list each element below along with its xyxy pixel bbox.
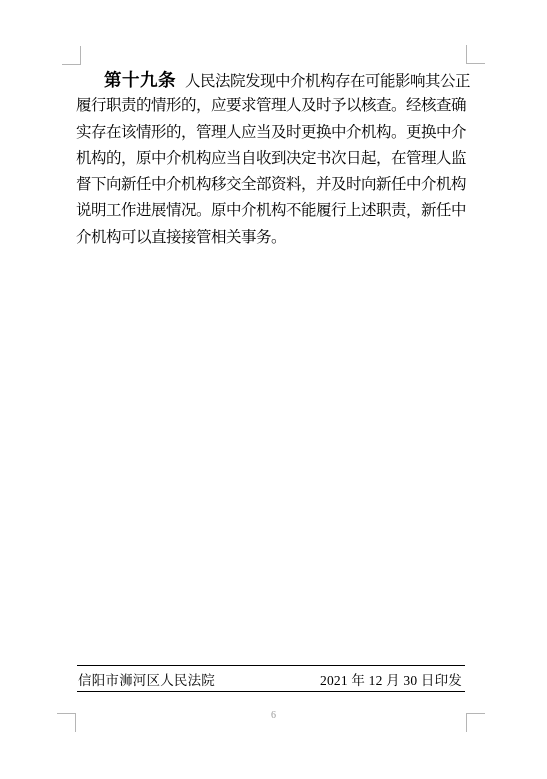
paragraph-line-text: 人民法院发现中介机构存在可能影响其公正 bbox=[185, 73, 470, 90]
document-page: 第十九条人民法院发现中介机构存在可能影响其公正 履行职责的情形的，应要求管理人及… bbox=[0, 0, 547, 779]
margin-corner-mark-top-left bbox=[62, 46, 81, 65]
issuing-court: 信阳市浉河区人民法院 bbox=[77, 669, 215, 689]
paragraph-line: 说明工作进展情况。原中介机构不能履行上述职责，新任中 bbox=[76, 198, 468, 224]
article-paragraph: 第十九条人民法院发现中介机构存在可能影响其公正 履行职责的情形的，应要求管理人及… bbox=[76, 67, 468, 251]
print-date: 2021 年 12 月 30 日印发 bbox=[320, 669, 465, 689]
paragraph-line: 实存在该情形的，管理人应当及时更换中介机构。更换中介 bbox=[76, 120, 468, 146]
paragraph-line: 介机构可以直接接管相关事务。 bbox=[76, 225, 468, 251]
paragraph-line: 履行职责的情形的，应要求管理人及时予以核查。经核查确 bbox=[76, 93, 468, 119]
paragraph-line: 机构的，原中介机构应当自收到决定书次日起，在管理人监 bbox=[76, 146, 468, 172]
page-number: 6 bbox=[0, 710, 547, 721]
paragraph-line: 第十九条人民法院发现中介机构存在可能影响其公正 bbox=[76, 67, 468, 93]
colophon-footer: 信阳市浉河区人民法院 2021 年 12 月 30 日印发 bbox=[77, 665, 465, 692]
article-number: 第十九条 bbox=[104, 70, 176, 90]
margin-corner-mark-top-right bbox=[466, 45, 485, 64]
paragraph-line: 督下向新任中介机构移交全部资料，并及时向新任中介机构 bbox=[76, 172, 468, 198]
